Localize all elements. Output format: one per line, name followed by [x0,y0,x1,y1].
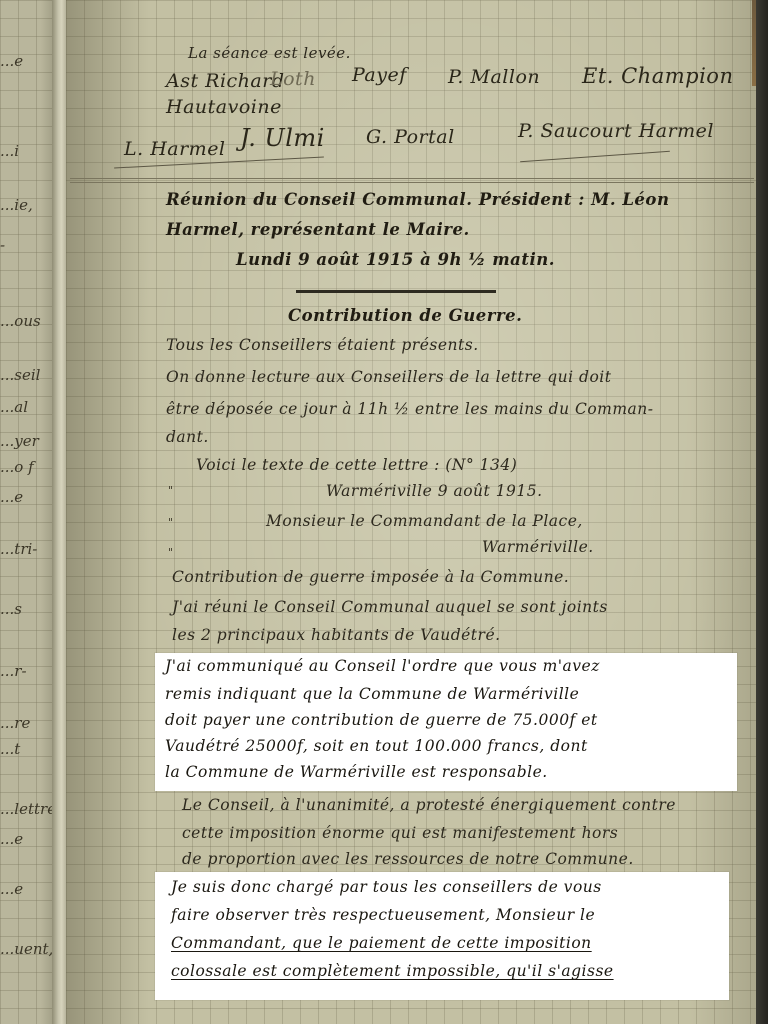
letter-line: de proportion avec les ressources de not… [182,850,634,868]
signature: L. Harmel [124,138,226,160]
left-fragment: ...ous [0,312,41,330]
left-fragment: ...uent, [0,940,53,958]
left-fragment: ...e [0,830,23,848]
paragraph-line: Tous les Conseillers étaient présents. [166,336,479,354]
meeting-header-line1: Réunion du Conseil Communal. Président :… [166,190,669,209]
paragraph-line: Voici le texte de cette lettre : (N° 134… [196,456,517,474]
ditto-quote: " [168,484,173,497]
signature: G. Portal [366,126,455,148]
paragraph-line: On donne lecture aux Conseillers de la l… [166,368,611,386]
left-fragment: ...tri- [0,540,37,558]
letter-place-date: Warmériville 9 août 1915. [326,482,543,500]
letter-line: faire observer très respectueusement, Mo… [171,906,595,924]
letter-line: colossale est complètement impossible, q… [171,962,614,980]
meeting-date: Lundi 9 août 1915 à 9h ½ matin. [236,250,555,269]
left-fragment: - [0,236,5,254]
letter-addressee: Monsieur le Commandant de la Place, [266,512,583,530]
letter-line: J'ai communiqué au Conseil l'ordre que v… [165,657,600,675]
letter-addressee-city: Warmériville. [482,538,594,556]
signature: Hautavoine [166,96,282,118]
signature: Et. Champion [582,64,733,88]
letter-line: Vaudétré 25000f, soit en tout 100.000 fr… [165,737,588,755]
letter-line: cette imposition énorme qui est manifest… [182,824,618,842]
left-fragment: ...al [0,398,28,416]
left-fragment: ...e [0,488,23,506]
left-page: ...e ...i ...ie, - ...ous ...seil ...al … [0,0,58,1024]
title-rule [296,290,496,293]
letter-line: J'ai réuni le Conseil Communal auquel se… [172,598,608,616]
letter-line: doit payer une contribution de guerre de… [165,711,598,729]
left-fragment: ...e [0,52,23,70]
left-fragment: ...yer [0,432,39,450]
letter-subject: Contribution de guerre imposée à la Comm… [172,568,569,586]
signature: Payef [352,64,407,86]
paragraph-line: dant. [166,428,209,446]
signature: Ast Richard [166,70,284,92]
restored-patch-2: Je suis donc chargé par tous les conseil… [155,872,729,1000]
left-fragment: ...lettre [0,800,56,818]
section-divider [70,182,754,183]
ditto-quote: " [168,516,173,529]
ditto-quote: " [168,546,173,559]
left-fragment: ...e [0,880,23,898]
section-divider [70,178,754,179]
letter-line: remis indiquant que la Commune de Warmér… [165,685,579,703]
left-fragment: ...seil [0,366,40,384]
letter-line: la Commune de Warmériville est responsab… [165,763,548,781]
signature: P. Mallon [448,66,540,88]
left-fragment: ...t [0,740,20,758]
session-closed-line: La séance est levée. [188,44,351,62]
book-cover-edge [756,0,768,1024]
letter-line: Le Conseil, à l'unanimité, a protesté én… [182,796,676,814]
restored-patch-1: J'ai communiqué au Conseil l'ordre que v… [155,653,737,791]
section-title: Contribution de Guerre. [288,306,522,325]
left-fragment: ...s [0,600,22,618]
left-fragment: ...ie, [0,196,33,214]
left-fragment: ...o f [0,458,34,476]
letter-line: Je suis donc chargé par tous les conseil… [171,878,602,896]
letter-line: les 2 principaux habitants de Vaudétré. [172,626,501,644]
signature: Loth [270,68,316,90]
letter-line: Commandant, que le paiement de cette imp… [171,934,592,952]
left-fragment: ...i [0,142,19,160]
meeting-header-line2: Harmel, représentant le Maire. [166,220,470,239]
signature: P. Saucourt Harmel [518,120,714,142]
left-fragment: ...r- [0,662,27,680]
paragraph-line: être déposée ce jour à 11h ½ entre les m… [166,400,654,418]
register-photo: ...e ...i ...ie, - ...ous ...seil ...al … [0,0,768,1024]
signature: J. Ulmi [240,124,325,152]
left-fragment: ...re [0,714,30,732]
